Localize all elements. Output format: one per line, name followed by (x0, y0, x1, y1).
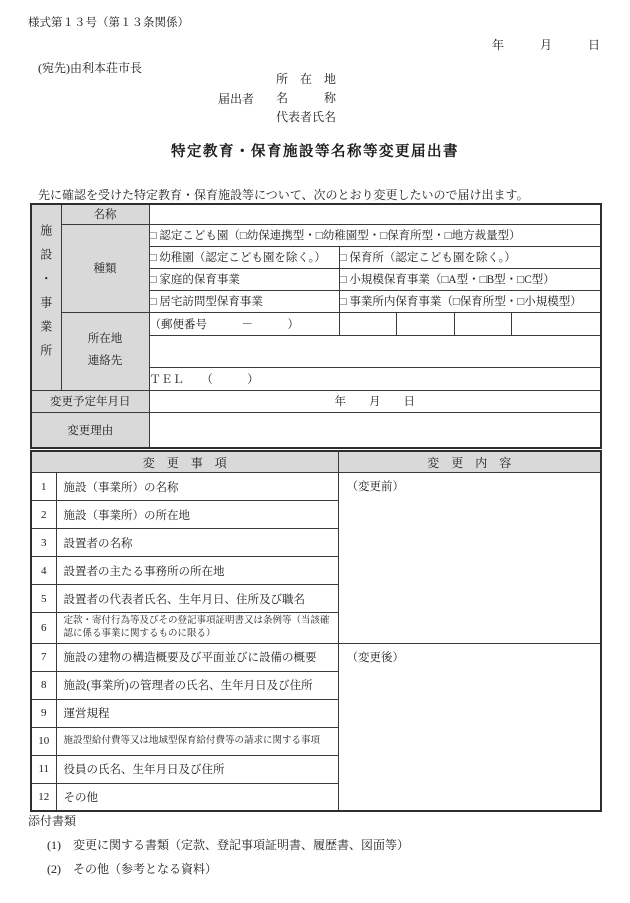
row-number: 7 (31, 643, 56, 671)
change-item-12: その他 (56, 783, 338, 811)
page-title: 特定教育・保育施設等名称等変更届出書 (0, 140, 630, 161)
row-number: 4 (31, 557, 56, 585)
change-item-8: 施設(事業所)の管理者の氏名、生年月日及び住所 (56, 671, 338, 699)
postal-sub-cell-4[interactable] (511, 312, 601, 335)
submitter-address-label: 所 在 地 (276, 70, 336, 89)
after-content-cell[interactable]: （変更後） (338, 643, 601, 811)
row-number: 10 (31, 727, 56, 755)
submitter-block: 届出者 所 在 地 名 称 代表者氏名 (218, 70, 336, 127)
submitter-label: 届出者 (218, 90, 254, 107)
row-number: 2 (31, 501, 56, 529)
change-item-2: 施設（事業所）の所在地 (56, 501, 338, 529)
row-number: 3 (31, 529, 56, 557)
postal-sub-cell-1[interactable] (339, 312, 396, 335)
type-label-cell: 種類 (61, 224, 149, 312)
address-label-line2: 連絡先 (62, 351, 149, 373)
row-number: 11 (31, 755, 56, 783)
postal-sub-cell-2[interactable] (396, 312, 454, 335)
change-item-1: 施設（事業所）の名称 (56, 473, 338, 501)
change-item-4: 設置者の主たる事務所の所在地 (56, 557, 338, 585)
row-number: 8 (31, 671, 56, 699)
type-option-jigyoshonai[interactable]: □ 事業所内保育事業（□保育所型・□小規模型） (339, 290, 601, 312)
change-items-table: 変 更 事 項 変 更 内 容 1 施設（事業所）の名称 （変更前） 2 施設（… (30, 450, 602, 812)
form-page: 様式第１３号（第１３条関係） 年 月 日 (宛先)由利本荘市長 届出者 所 在 … (0, 0, 630, 903)
name-input-cell[interactable] (149, 204, 601, 224)
change-item-5: 設置者の代表者氏名、生年月日、住所及び職名 (56, 585, 338, 613)
type-option-youchien[interactable]: □ 幼稚園（認定こども園を除く。） (149, 246, 339, 268)
reason-input-cell[interactable] (149, 412, 601, 448)
address-input-cell[interactable] (149, 335, 601, 367)
type-option-shokibo[interactable]: □ 小規模保育事業（□A型・□B型・□C型） (339, 268, 601, 290)
facility-table: 施設・事業所 名称 種類 □ 認定こども園（□幼保連携型・□幼稚園型・□保育所型… (30, 203, 602, 449)
type-option-hoikusho[interactable]: □ 保育所（認定こども園を除く。） (339, 246, 601, 268)
date-line: 年 月 日 (492, 36, 600, 53)
change-item-6: 定款・寄付行為等及びその登記事項証明書又は条例等（当該確認に係る事業に関するもの… (56, 613, 338, 644)
attachments-block: 添付書類 (1) 変更に関する書類（定款、登記事項証明書、履歴書、図面等） (2… (28, 812, 409, 877)
name-label-cell: 名称 (61, 204, 149, 224)
content-header-cell: 変 更 内 容 (338, 451, 601, 473)
postal-code-cell[interactable]: （郵便番号 － ） (149, 312, 339, 335)
type-option-kyotaku[interactable]: □ 居宅訪問型保育事業 (149, 290, 339, 312)
address-label-line1: 所在地 (62, 329, 149, 351)
attachment-item-1: (1) 変更に関する書類（定款、登記事項証明書、履歴書、図面等） (47, 836, 409, 853)
items-header-cell: 変 更 事 項 (31, 451, 338, 473)
address-label-cell: 所在地 連絡先 (61, 312, 149, 390)
type-option-nintei-kodomoen[interactable]: □ 認定こども園（□幼保連携型・□幼稚園型・□保育所型・□地方裁量型） (149, 224, 601, 246)
row-number: 9 (31, 699, 56, 727)
change-date-input-cell[interactable]: 年 月 日 (149, 390, 601, 412)
tel-input-cell[interactable]: ＴＥＬ （ ） (149, 367, 601, 390)
submitter-representative-label: 代表者氏名 (276, 108, 336, 127)
row-number: 6 (31, 613, 56, 644)
row-number: 5 (31, 585, 56, 613)
change-item-9: 運営規程 (56, 699, 338, 727)
row-number: 1 (31, 473, 56, 501)
form-number: 様式第１３号（第１３条関係） (28, 14, 189, 30)
postal-sub-cell-3[interactable] (454, 312, 511, 335)
type-option-kateiteki[interactable]: □ 家庭的保育事業 (149, 268, 339, 290)
change-date-label-cell: 変更予定年月日 (31, 390, 149, 412)
change-item-3: 設置者の名称 (56, 529, 338, 557)
attachments-title: 添付書類 (28, 812, 409, 829)
intro-sentence: 先に確認を受けた特定教育・保育施設等について、次のとおり変更したいので届け出ます… (38, 186, 529, 203)
addressee: (宛先)由利本荘市長 (38, 59, 142, 76)
facility-side-label: 施設・事業所 (38, 224, 55, 368)
change-item-11: 役員の氏名、生年月日及び住所 (56, 755, 338, 783)
change-item-7: 施設の建物の構造概要及び平面並びに設備の概要 (56, 643, 338, 671)
attachment-item-2: (2) その他（参考となる資料） (47, 860, 409, 877)
before-content-cell[interactable]: （変更前） (338, 473, 601, 644)
change-item-10: 施設型給付費等又は地域型保育給付費等の請求に関する事項 (56, 727, 338, 755)
reason-label-cell: 変更理由 (31, 412, 149, 448)
submitter-fields: 所 在 地 名 称 代表者氏名 (276, 70, 336, 127)
submitter-name-label: 名 称 (276, 89, 336, 108)
row-number: 12 (31, 783, 56, 811)
facility-side-header: 施設・事業所 (31, 204, 61, 390)
